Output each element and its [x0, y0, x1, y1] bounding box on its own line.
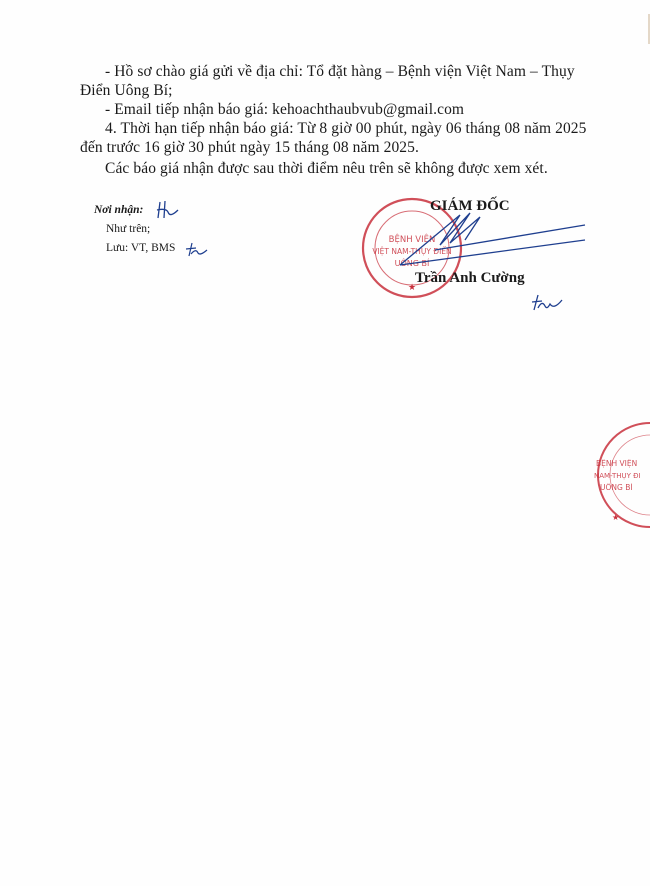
address-line: - Hồ sơ chào giá gửi về địa chỉ: Tổ đặt … — [105, 63, 575, 81]
note-line: Các báo giá nhận được sau thời điểm nêu … — [105, 160, 548, 178]
svg-text:BỆNH VIỆN: BỆNH VIỆN — [596, 459, 637, 468]
address-line-cont: Điển Uông Bí; — [80, 82, 173, 100]
recipients-label: Nơi nhận: — [94, 204, 143, 216]
recipient-item: Như trên; — [106, 223, 150, 235]
email-line: - Email tiếp nhận báo giá: kehoachthaubv… — [105, 101, 464, 119]
initials-signature-icon — [530, 292, 566, 314]
svg-text:NAM-THỤY ĐI: NAM-THỤY ĐI — [594, 472, 641, 480]
initials-signature-icon — [152, 198, 182, 222]
partial-seal-stamp: BỆNH VIỆN NAM-THỤY ĐI UÔNG BÍ ★ — [590, 420, 650, 530]
initials-signature-icon — [184, 240, 210, 258]
director-signature-icon — [380, 205, 595, 275]
signer-name: Trần Anh Cường — [415, 270, 525, 287]
deadline-line: 4. Thời hạn tiếp nhận báo giá: Từ 8 giờ … — [105, 120, 587, 138]
recipient-item: Lưu: VT, BMS — [106, 242, 175, 254]
svg-text:★: ★ — [612, 513, 619, 522]
svg-text:UÔNG BÍ: UÔNG BÍ — [600, 483, 633, 492]
deadline-line-cont: đến trước 16 giờ 30 phút ngày 15 tháng 0… — [80, 139, 419, 157]
